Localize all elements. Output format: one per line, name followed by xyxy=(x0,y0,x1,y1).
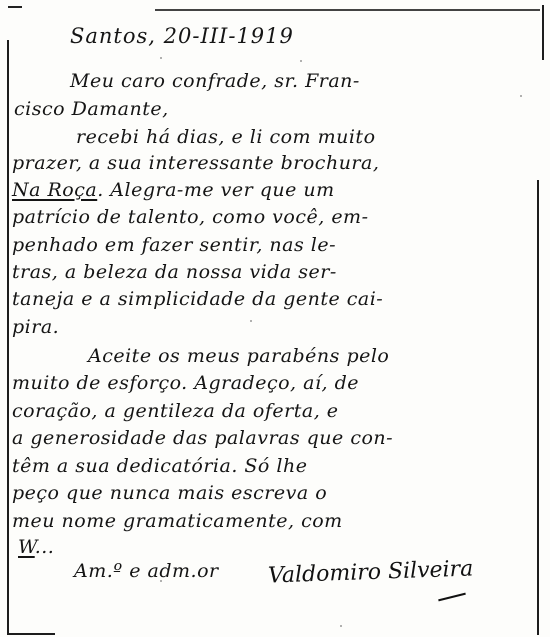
letter-body-line: W... xyxy=(18,538,54,557)
frame-line-top-left xyxy=(8,6,22,8)
brochure-title: Na Roça xyxy=(12,179,97,201)
letter-body-line: patrício de talento, como você, em- xyxy=(12,208,369,227)
letter-body-line: taneja e a simplicidade da gente cai- xyxy=(12,290,383,309)
signature-flourish xyxy=(438,593,466,602)
letter-body-line: muito de esforço. Agradeço, aí, de xyxy=(12,374,359,393)
letter-salutation-line-1: Meu caro confrade, sr. Fran- xyxy=(70,72,360,91)
scanned-letter-page: Santos, 20-III-1919 Meu caro confrade, s… xyxy=(0,0,550,637)
letter-body-line: Aceite os meus parabéns pelo xyxy=(88,347,389,366)
letter-body-line: peço que nunca mais escreva o xyxy=(12,484,327,503)
frame-line-bottom xyxy=(7,633,55,635)
letter-body-line: penhado em fazer sentir, nas le- xyxy=(12,236,336,255)
frame-line-right xyxy=(537,180,539,635)
letter-body-line: a generosidade das palavras que con- xyxy=(12,429,393,448)
underlined-letter-w: W xyxy=(18,536,35,558)
letter-place-date: Santos, 20-III-1919 xyxy=(70,26,294,47)
signature: Valdomiro Silveira xyxy=(268,556,474,588)
letter-salutation-line-2: cisco Damante, xyxy=(14,100,169,119)
scan-speck xyxy=(300,60,302,62)
scan-speck xyxy=(340,625,342,627)
letter-closing: Am.º e adm.or xyxy=(74,562,219,581)
scan-speck xyxy=(250,320,252,322)
ellipsis: ... xyxy=(35,536,55,558)
letter-body-line: tras, a beleza da nossa vida ser- xyxy=(12,263,337,282)
scan-speck xyxy=(520,95,522,97)
letter-body-line: têm a sua dedicatória. Só lhe xyxy=(12,457,307,476)
frame-line-right-top xyxy=(542,5,544,60)
scan-speck xyxy=(160,57,162,59)
letter-body-line: recebi há dias, e li com muito xyxy=(76,128,376,147)
letter-body-line: pira. xyxy=(12,318,59,337)
frame-line-top xyxy=(155,9,540,11)
letter-body-line: Na Roça. Alegra-me ver que um xyxy=(12,181,335,200)
letter-body-line-rest: . Alegra-me ver que um xyxy=(97,179,334,201)
letter-body-line: meu nome gramaticamente, com xyxy=(12,512,343,531)
letter-body-line: prazer, a sua interessante brochura, xyxy=(12,154,379,173)
letter-body-line: coração, a gentileza da oferta, e xyxy=(12,402,339,421)
frame-line-left xyxy=(7,40,9,635)
scan-speck xyxy=(160,580,162,582)
